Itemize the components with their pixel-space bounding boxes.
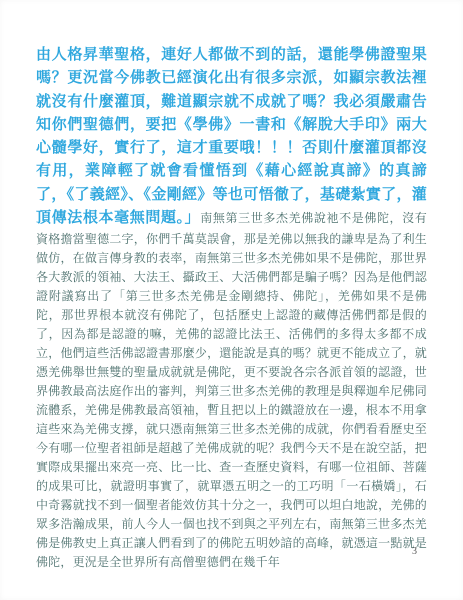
quote-large-text: 由人格昇華聖格，連好人都做不到的話，還能學佛證聖果嗎？更況當今佛教已經演化出有很… xyxy=(36,47,427,226)
body-small-text: 南無第三世多杰羌佛說祂不是佛陀，沒有資格擔當聖德二字，你們千萬莫誤會，那是羌佛以… xyxy=(36,211,427,569)
document-page: 由人格昇華聖格，連好人都做不到的話，還能學佛證聖果嗎？更況當今佛教已經演化出有很… xyxy=(0,0,463,600)
page-number: 3 xyxy=(412,546,417,557)
paragraph: 由人格昇華聖格，連好人都做不到的話，還能學佛證聖果嗎？更況當今佛教已經演化出有很… xyxy=(36,44,427,572)
